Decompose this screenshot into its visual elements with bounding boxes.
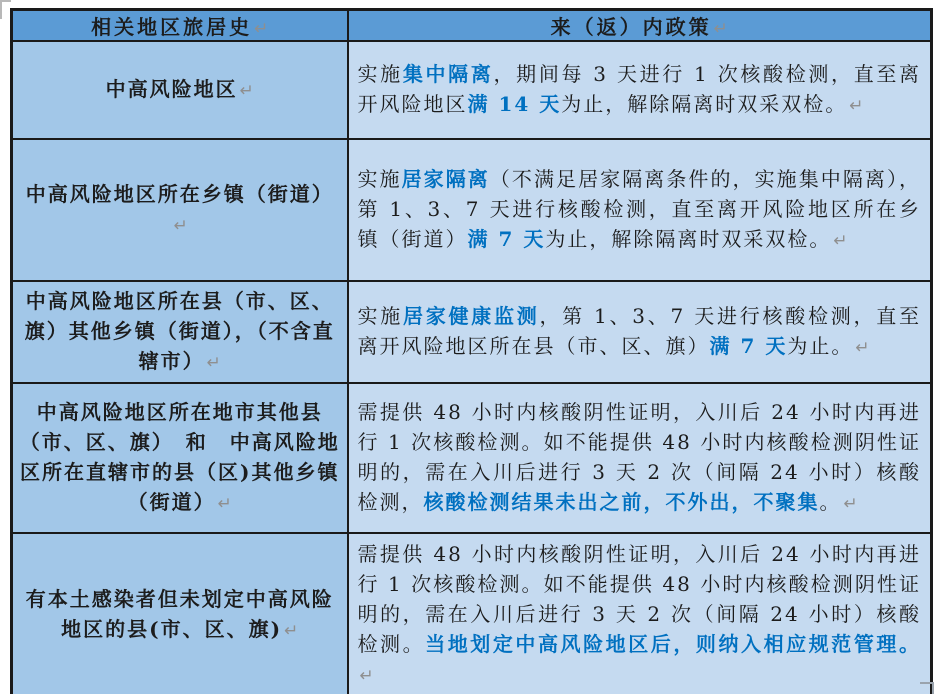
policy-segment: 实施	[358, 62, 403, 86]
policy-segment: 为止。	[787, 334, 853, 358]
return-mark-icon: ↵	[238, 81, 254, 101]
policy-segment-highlight: 满 7 天	[468, 227, 546, 251]
policy-segment-highlight: 核酸检测结果未出之前，不外出，不聚集	[424, 490, 820, 514]
policy-cell[interactable]: 实施居家隔离（不满足居家隔离条件的，实施集中隔离），第 1、3、7 天进行核酸检…	[348, 139, 932, 281]
return-mark-icon: ↵	[216, 494, 232, 514]
return-mark-icon: ↵	[205, 353, 221, 373]
header-cell-history[interactable]: 相关地区旅居史↵	[12, 10, 348, 42]
history-text: 中高风险地区所在地市其他县（市、区、旗） 和 中高风险地区所在直辖市的县（区)其…	[20, 400, 340, 514]
policy-table: 相关地区旅居史↵ 来（返）内政策↵ 中高风险地区↵实施集中隔离，期间每 3 天进…	[10, 8, 933, 694]
policy-segment-highlight: 满 7 天	[710, 334, 788, 358]
return-mark-icon: ↵	[282, 621, 298, 641]
table-resize-handle-icon[interactable]	[920, 682, 934, 694]
return-mark-icon: ↵	[853, 338, 869, 358]
policy-cell[interactable]: 需提供 48 小时内核酸阴性证明，入川后 24 小时内再进行 1 次核酸检测。如…	[348, 383, 932, 533]
history-cell[interactable]: 中高风险地区所在地市其他县（市、区、旗） 和 中高风险地区所在直辖市的县（区)其…	[12, 383, 348, 533]
header-cell-policy[interactable]: 来（返）内政策↵	[348, 10, 932, 42]
policy-cell[interactable]: 需提供 48 小时内核酸阴性证明，入川后 24 小时内再进行 1 次核酸检测。如…	[348, 533, 932, 694]
return-mark-icon: ↵	[172, 216, 188, 236]
table-row: 有本土感染者但未划定中高风险地区的县(市、区、旗)↵需提供 48 小时内核酸阴性…	[12, 533, 932, 694]
history-text: 中高风险地区所在乡镇（街道）	[26, 182, 334, 206]
table-row: 中高风险地区↵实施集中隔离，期间每 3 天进行 1 次核酸检测，直至离开风险地区…	[12, 41, 932, 139]
history-cell[interactable]: 有本土感染者但未划定中高风险地区的县(市、区、旗)↵	[12, 533, 348, 694]
policy-table-body: 中高风险地区↵实施集中隔离，期间每 3 天进行 1 次核酸检测，直至离开风险地区…	[12, 41, 932, 694]
header-policy-label: 来（返）内政策	[551, 15, 712, 39]
return-mark-icon: ↵	[847, 96, 863, 116]
history-text: 中高风险地区所在县（市、区、旗）其他乡镇（街道），（不含直辖市）	[25, 289, 335, 373]
return-mark-icon: ↵	[831, 231, 847, 251]
policy-segment-highlight: 居家隔离	[402, 167, 490, 191]
return-mark-icon: ↵	[252, 19, 268, 39]
policy-cell[interactable]: 实施居家健康监测，第 1、3、7 天进行核酸检测，直至离开风险地区所在县（市、区…	[348, 281, 932, 383]
history-text: 中高风险地区	[106, 77, 238, 101]
policy-cell[interactable]: 实施集中隔离，期间每 3 天进行 1 次核酸检测，直至离开风险地区满 14 天为…	[348, 41, 932, 139]
policy-segment-highlight: 集中隔离	[403, 62, 494, 86]
policy-segment: 为止，解除隔离时双采双检。	[561, 92, 847, 116]
return-mark-icon: ↵	[842, 494, 858, 514]
document-page: 相关地区旅居史↵ 来（返）内政策↵ 中高风险地区↵实施集中隔离，期间每 3 天进…	[0, 0, 935, 694]
policy-segment-highlight: 居家健康监测	[403, 304, 539, 328]
return-mark-icon: ↵	[712, 19, 728, 39]
policy-segment-highlight: 当地划定中高风险地区后，则纳入相应规范管理。	[425, 632, 921, 656]
policy-segment: 。	[820, 490, 842, 514]
history-cell[interactable]: 中高风险地区所在县（市、区、旗）其他乡镇（街道），（不含直辖市）↵	[12, 281, 348, 383]
history-cell[interactable]: 中高风险地区↵	[12, 41, 348, 139]
header-row: 相关地区旅居史↵ 来（返）内政策↵	[12, 10, 932, 42]
policy-segment: 为止，解除隔离时双采双检。	[545, 227, 831, 251]
table-row: 中高风险地区所在县（市、区、旗）其他乡镇（街道），（不含直辖市）↵实施居家健康监…	[12, 281, 932, 383]
header-history-label: 相关地区旅居史	[91, 15, 252, 39]
history-cell[interactable]: 中高风险地区所在乡镇（街道）↵	[12, 139, 348, 281]
policy-segment: 实施	[358, 304, 404, 328]
policy-segment-highlight: 满 14 天	[468, 92, 562, 116]
table-row: 中高风险地区所在乡镇（街道）↵实施居家隔离（不满足居家隔离条件的，实施集中隔离）…	[12, 139, 932, 281]
table-row: 中高风险地区所在地市其他县（市、区、旗） 和 中高风险地区所在直辖市的县（区)其…	[12, 383, 932, 533]
policy-segment: 实施	[358, 167, 402, 191]
return-mark-icon: ↵	[358, 666, 374, 686]
